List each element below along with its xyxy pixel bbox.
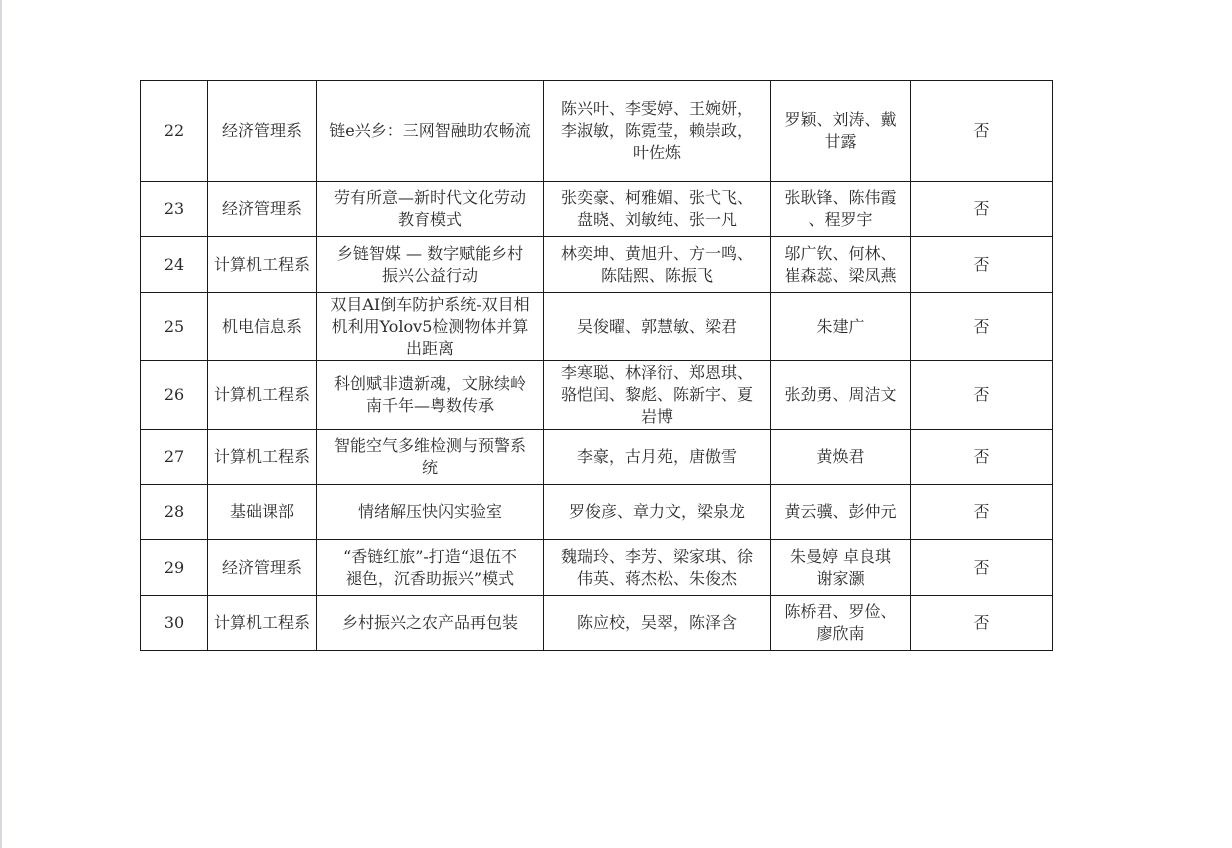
row-number: 24	[141, 237, 208, 293]
department-cell: 计算机工程系	[208, 237, 317, 293]
advisors-cell: 朱建广	[771, 293, 911, 361]
members-cell: 吴俊曜、郭慧敏、梁君	[544, 293, 771, 361]
row-number: 27	[141, 430, 208, 485]
advisors-cell: 罗颖、刘涛、戴 甘露	[771, 81, 911, 182]
table-row: 23 经济管理系 劳有所意—新时代文化劳动 教育模式 张奕豪、柯雅媚、张弋飞、 …	[141, 182, 1053, 237]
flag-cell: 否	[911, 182, 1053, 237]
advisors-cell: 张耿锋、陈伟霞 、程罗宇	[771, 182, 911, 237]
members-cell: 罗俊彦、章力文，梁泉龙	[544, 485, 771, 540]
flag-cell: 否	[911, 361, 1053, 430]
project-title-cell: 链e兴乡：三网智融助农畅流	[317, 81, 544, 182]
members-cell: 李豪，古月苑，唐傲雪	[544, 430, 771, 485]
members-cell: 张奕豪、柯雅媚、张弋飞、 盘晓、刘敏纯、张一凡	[544, 182, 771, 237]
advisors-cell: 黄焕君	[771, 430, 911, 485]
department-cell: 计算机工程系	[208, 430, 317, 485]
advisors-cell: 朱曼婷 卓良琪 谢家灏	[771, 540, 911, 596]
department-cell: 经济管理系	[208, 182, 317, 237]
table-row: 25 机电信息系 双目AI倒车防护系统-双目相 机利用Yolov5检测物体并算 …	[141, 293, 1053, 361]
members-cell: 林奕坤、黄旭升、方一鸣、 陈陆熙、陈振飞	[544, 237, 771, 293]
department-cell: 计算机工程系	[208, 361, 317, 430]
page-edge	[0, 0, 2, 848]
flag-cell: 否	[911, 485, 1053, 540]
table-row: 26 计算机工程系 科创赋非遗新魂，文脉续岭 南千年—粤数传承 李寒聪、林泽衍、…	[141, 361, 1053, 430]
department-cell: 经济管理系	[208, 540, 317, 596]
flag-cell: 否	[911, 237, 1053, 293]
table-row: 28 基础课部 情绪解压快闪实验室 罗俊彦、章力文，梁泉龙 黄云骥、彭仲元 否	[141, 485, 1053, 540]
project-title-cell: 双目AI倒车防护系统-双目相 机利用Yolov5检测物体并算 出距离	[317, 293, 544, 361]
advisors-cell: 黄云骥、彭仲元	[771, 485, 911, 540]
advisors-cell: 陈桥君、罗俭、 廖欣南	[771, 596, 911, 651]
members-cell: 陈应校，吴翠，陈泽含	[544, 596, 771, 651]
project-title-cell: 情绪解压快闪实验室	[317, 485, 544, 540]
table-row: 30 计算机工程系 乡村振兴之农产品再包装 陈应校，吴翠，陈泽含 陈桥君、罗俭、…	[141, 596, 1053, 651]
project-title-cell: “香链红旅”-打造“退伍不 褪色，沉香助振兴”模式	[317, 540, 544, 596]
flag-cell: 否	[911, 293, 1053, 361]
table-row: 29 经济管理系 “香链红旅”-打造“退伍不 褪色，沉香助振兴”模式 魏瑞玲、李…	[141, 540, 1053, 596]
department-cell: 经济管理系	[208, 81, 317, 182]
table-row: 24 计算机工程系 乡链智媒 — 数字赋能乡村 振兴公益行动 林奕坤、黄旭升、方…	[141, 237, 1053, 293]
row-number: 26	[141, 361, 208, 430]
flag-cell: 否	[911, 81, 1053, 182]
table-row: 27 计算机工程系 智能空气多维检测与预警系 统 李豪，古月苑，唐傲雪 黄焕君 …	[141, 430, 1053, 485]
department-cell: 基础课部	[208, 485, 317, 540]
row-number: 22	[141, 81, 208, 182]
project-table: 22 经济管理系 链e兴乡：三网智融助农畅流 陈兴叶、李雯婷、王婉妍， 李淑敏，…	[140, 80, 1053, 651]
flag-cell: 否	[911, 596, 1053, 651]
row-number: 30	[141, 596, 208, 651]
members-cell: 魏瑞玲、李芳、梁家琪、徐 伟英、蒋杰松、朱俊杰	[544, 540, 771, 596]
row-number: 29	[141, 540, 208, 596]
advisors-cell: 张劲勇、周洁文	[771, 361, 911, 430]
project-title-cell: 乡链智媒 — 数字赋能乡村 振兴公益行动	[317, 237, 544, 293]
row-number: 28	[141, 485, 208, 540]
project-title-cell: 乡村振兴之农产品再包装	[317, 596, 544, 651]
project-title-cell: 科创赋非遗新魂，文脉续岭 南千年—粤数传承	[317, 361, 544, 430]
flag-cell: 否	[911, 430, 1053, 485]
advisors-cell: 邬广钦、何林、 崔森蕊、梁凤燕	[771, 237, 911, 293]
row-number: 23	[141, 182, 208, 237]
department-cell: 计算机工程系	[208, 596, 317, 651]
flag-cell: 否	[911, 540, 1053, 596]
table-row: 22 经济管理系 链e兴乡：三网智融助农畅流 陈兴叶、李雯婷、王婉妍， 李淑敏，…	[141, 81, 1053, 182]
department-cell: 机电信息系	[208, 293, 317, 361]
members-cell: 陈兴叶、李雯婷、王婉妍， 李淑敏，陈霓莹，赖崇政， 叶佐炼	[544, 81, 771, 182]
row-number: 25	[141, 293, 208, 361]
project-title-cell: 劳有所意—新时代文化劳动 教育模式	[317, 182, 544, 237]
project-title-cell: 智能空气多维检测与预警系 统	[317, 430, 544, 485]
members-cell: 李寒聪、林泽衍、郑恩琪、 骆恺闰、黎彪、陈新宇、夏 岩博	[544, 361, 771, 430]
